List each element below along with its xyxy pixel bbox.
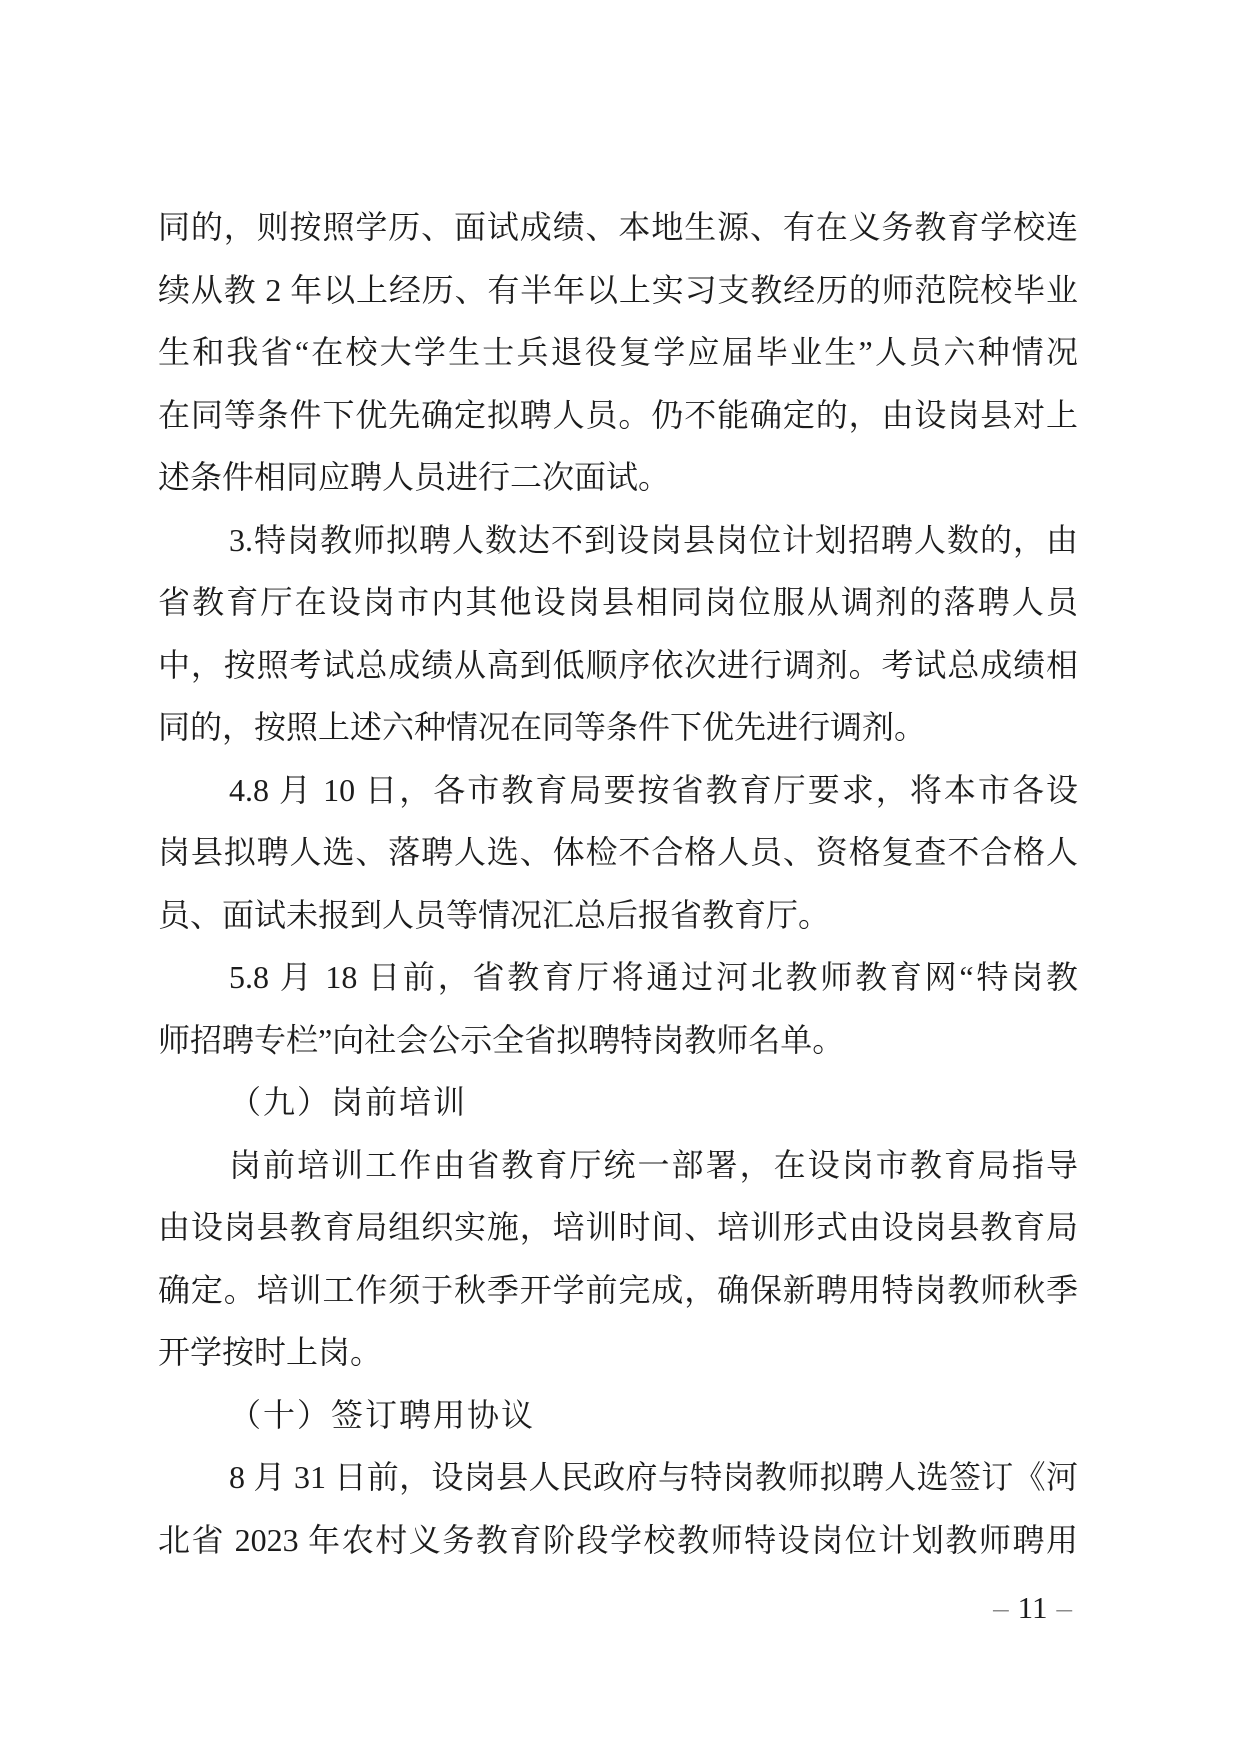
text-line: 中，按照考试总成绩从高到低顺序依次进行调剂。考试总成绩相: [158, 634, 1078, 697]
text-line: 3.特岗教师拟聘人数达不到设岗县岗位计划招聘人数的，由: [158, 509, 1078, 572]
section-heading: （十）签订聘用协议: [158, 1384, 1078, 1447]
text-line: 述条件相同应聘人员进行二次面试。: [158, 446, 1078, 509]
section-heading: （九）岗前培训: [158, 1071, 1078, 1134]
text-line: 岗前培训工作由省教育厅统一部署，在设岗市教育局指导下，: [158, 1134, 1078, 1197]
page-number: –11–: [984, 1588, 1081, 1628]
text-line: 省教育厅在设岗市内其他设岗县相同岗位服从调剂的落聘人员: [158, 571, 1078, 634]
document-body: 同的，则按照学历、面试成绩、本地生源、有在义务教育学校连 续从教 2 年以上经历…: [158, 196, 1078, 1571]
text-line: 在同等条件下优先确定拟聘人员。仍不能确定的，由设岗县对上: [158, 384, 1078, 447]
text-line: 确定。培训工作须于秋季开学前完成，确保新聘用特岗教师秋季: [158, 1259, 1078, 1322]
text-line: 续从教 2 年以上经历、有半年以上实习支教经历的师范院校毕业: [158, 259, 1078, 322]
page-number-dash-right: –: [1057, 1590, 1073, 1625]
text-line: 北省 2023 年农村义务教育阶段学校教师特设岗位计划教师聘用: [158, 1509, 1078, 1572]
page-number-value: 11: [1018, 1590, 1048, 1625]
text-line: 开学按时上岗。: [158, 1321, 1078, 1384]
text-line: 同的，按照上述六种情况在同等条件下优先进行调剂。: [158, 696, 1078, 759]
text-line: 8 月 31 日前，设岗县人民政府与特岗教师拟聘人选签订《河: [158, 1446, 1078, 1509]
page-number-dash-left: –: [993, 1590, 1009, 1625]
text-line: 由设岗县教育局组织实施，培训时间、培训形式由设岗县教育局: [158, 1196, 1078, 1259]
text-line: 岗县拟聘人选、落聘人选、体检不合格人员、资格复查不合格人: [158, 821, 1078, 884]
text-line: 5.8 月 18 日前，省教育厅将通过河北教师教育网“特岗教: [158, 946, 1078, 1009]
text-line: 同的，则按照学历、面试成绩、本地生源、有在义务教育学校连: [158, 196, 1078, 259]
text-line: 员、面试未报到人员等情况汇总后报省教育厅。: [158, 884, 1078, 947]
text-line: 4.8 月 10 日，各市教育局要按省教育厅要求，将本市各设: [158, 759, 1078, 822]
text-line: 生和我省“在校大学生士兵退役复学应届毕业生”人员六种情况: [158, 321, 1078, 384]
text-line: 师招聘专栏”向社会公示全省拟聘特岗教师名单。: [158, 1009, 1078, 1072]
document-page: 同的，则按照学历、面试成绩、本地生源、有在义务教育学校连 续从教 2 年以上经历…: [0, 0, 1241, 1755]
